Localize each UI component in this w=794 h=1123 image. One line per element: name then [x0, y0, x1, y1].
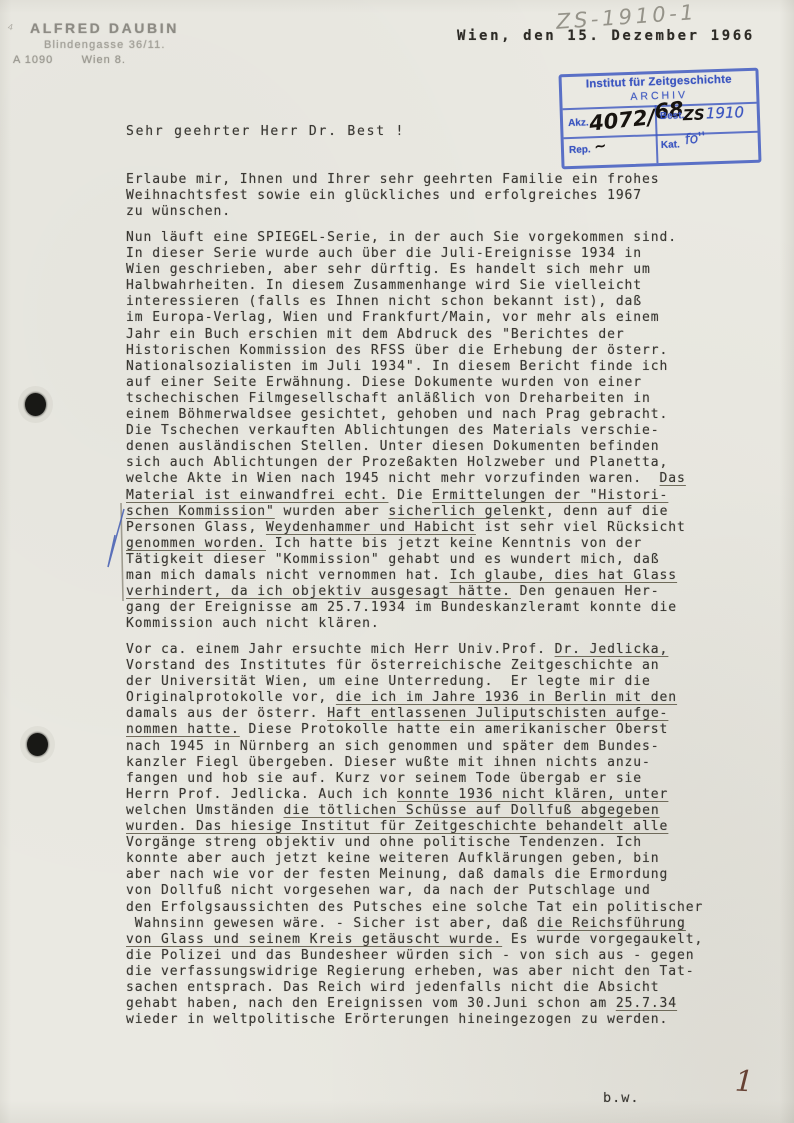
akz-value-main: 4072/: [588, 105, 656, 136]
paragraph-greeting: Erlaube mir, Ihnen und Ihrer sehr geehrt…: [126, 172, 660, 220]
stamp-best-prefix: ZS: [683, 106, 705, 125]
archive-stamp: Institut für Zeitgeschichte ARCHIV Akz. …: [558, 68, 761, 170]
stamp-akz-label: Akz.: [568, 117, 589, 129]
scanned-letter-page: ALFRED DAUBIN Blindengasse 36/11. A 1090…: [0, 0, 794, 1123]
stamp-kat-value: fo'': [684, 129, 707, 148]
stamp-best-label: Best.: [660, 110, 685, 122]
paragraph-jedlicka: Vor ca. einem Jahr ersuchte mich Herr Un…: [126, 642, 703, 1028]
turn-over-mark: b.w.: [603, 1090, 640, 1106]
stamp-rep-label: Rep.: [569, 144, 591, 156]
handwritten-page-number: 1: [734, 1064, 754, 1099]
date-line: Wien, den 15. Dezember 1966: [457, 28, 755, 44]
stamp-kat-label: Kat.: [661, 139, 680, 151]
punch-hole-bottom: [27, 733, 48, 756]
letterhead-city: A 1090 Wien 8.: [13, 54, 126, 66]
letterhead-name: ALFRED DAUBIN: [30, 20, 179, 36]
punch-hole-top: [25, 393, 46, 416]
stamp-rep-value: ~: [592, 136, 607, 156]
paragraph-spiegel-series: Nun läuft eine SPIEGEL-Serie, in der auc…: [126, 230, 686, 632]
salutation: Sehr geehrter Herr Dr. Best !: [126, 124, 405, 139]
corner-pencil-mark: 4: [7, 22, 14, 33]
stamp-best-number: 1910: [706, 103, 745, 122]
letterhead-street: Blindengasse 36/11.: [44, 39, 166, 51]
